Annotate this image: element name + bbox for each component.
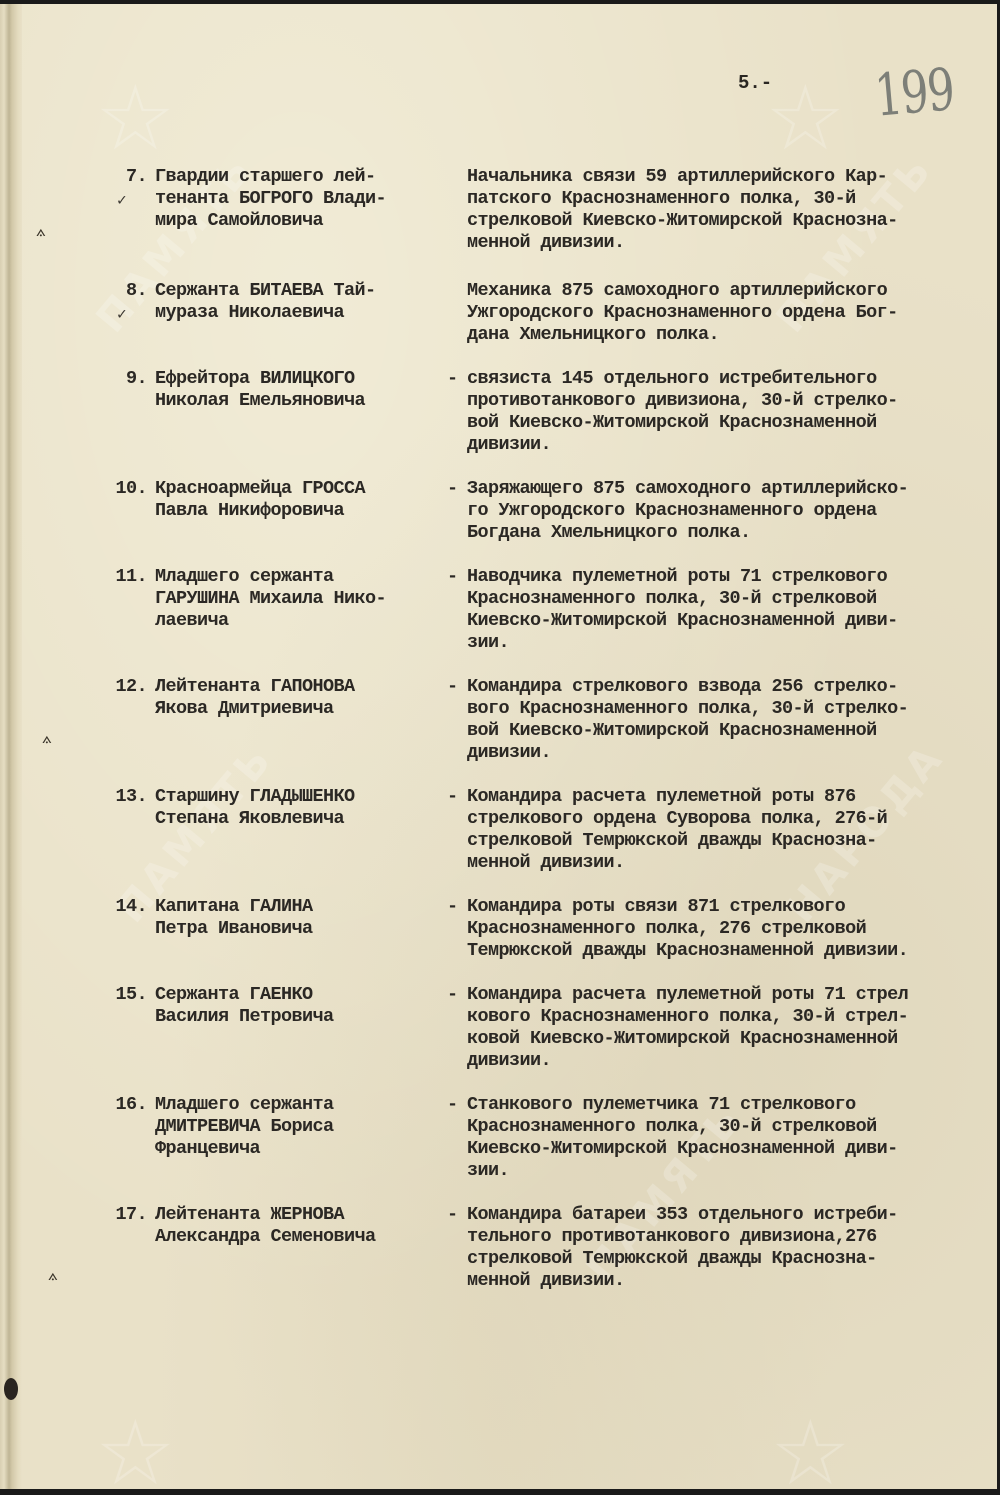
award-entry: 15. Сержанта ГАЕНКО Василия Петровича - … bbox=[95, 984, 995, 1072]
entry-person-name: Капитана ГАЛИНА Петра Ивановича bbox=[155, 896, 447, 940]
entry-description: Командира расчета пулеметной роты 71 стр… bbox=[467, 984, 997, 1072]
award-entry: 14. Капитана ГАЛИНА Петра Ивановича - Ко… bbox=[95, 896, 995, 962]
entry-number: 10. bbox=[95, 478, 155, 500]
entry-number: 11. bbox=[95, 566, 155, 588]
entry-dash: - bbox=[447, 896, 467, 918]
checkmark-icon: ✓ bbox=[117, 190, 126, 212]
paper-tear-mark: ⟑ bbox=[36, 224, 46, 240]
entry-number: 8. bbox=[95, 280, 155, 302]
entry-person-name: Младшего сержанта ГАРУШИНА Михаила Нико-… bbox=[155, 566, 447, 632]
award-entry: 17. Лейтенанта ЖЕРНОВА Александра Семено… bbox=[95, 1204, 995, 1292]
entry-description: Начальника связи 59 артиллерийского Кар-… bbox=[467, 166, 997, 254]
entry-number: 12. bbox=[95, 676, 155, 698]
entry-person-name: Ефрейтора ВИЛИЦКОГО Николая Емельяновича bbox=[155, 368, 447, 412]
entry-number: 17. bbox=[95, 1204, 155, 1226]
entry-number: 13. bbox=[95, 786, 155, 808]
award-entry: 9. Ефрейтора ВИЛИЦКОГО Николая Емельянов… bbox=[95, 368, 995, 456]
entry-number: 16. bbox=[95, 1094, 155, 1116]
paper-tear-mark: ⟑ bbox=[48, 1268, 58, 1284]
entry-description: Наводчика пулеметной роты 71 стрелкового… bbox=[467, 566, 997, 654]
award-entry: 13. Старшину ГЛАДЫШЕНКО Степана Яковлеви… bbox=[95, 786, 995, 874]
entry-person-name: Старшину ГЛАДЫШЕНКО Степана Яковлевича bbox=[155, 786, 447, 830]
award-entry: 16. Младшего сержанта ДМИТРЕВИЧА Бориса … bbox=[95, 1094, 995, 1182]
entry-person-name: Гвардии старшего лей- тенанта БОГРОГО Вл… bbox=[155, 166, 447, 232]
watermark-star-icon: ☆ bbox=[770, 1409, 851, 1495]
award-entry: ✓ 8. Сержанта БИТАЕВА Тай- мураза Никола… bbox=[95, 280, 995, 346]
entry-dash: - bbox=[447, 1094, 467, 1116]
entry-dash: - bbox=[447, 368, 467, 390]
punch-hole bbox=[4, 1378, 18, 1400]
entry-description: Командира стрелкового взвода 256 стрелко… bbox=[467, 676, 997, 764]
entry-dash: - bbox=[447, 478, 467, 500]
entry-dash: - bbox=[447, 676, 467, 698]
award-list: ✓ 7. Гвардии старшего лей- тенанта БОГРО… bbox=[95, 144, 995, 1292]
entry-number: 15. bbox=[95, 984, 155, 1006]
entry-person-name: Сержанта БИТАЕВА Тай- мураза Николаевича bbox=[155, 280, 447, 324]
entry-description: Командира батареи 353 отдельного истреби… bbox=[467, 1204, 997, 1292]
handwritten-sheet-number: 199 bbox=[872, 55, 956, 130]
entry-number: 14. bbox=[95, 896, 155, 918]
entry-dash: - bbox=[447, 984, 467, 1006]
award-entry: 11. Младшего сержанта ГАРУШИНА Михаила Н… bbox=[95, 566, 995, 654]
paper-tear-mark: ⟑ bbox=[42, 731, 52, 747]
entry-dash: - bbox=[447, 1204, 467, 1226]
entry-description: Командира роты связи 871 стрелкового Кра… bbox=[467, 896, 997, 962]
watermark-star-icon: ☆ bbox=[95, 1409, 176, 1495]
typed-page-number: 5.- bbox=[738, 72, 772, 94]
entry-person-name: Лейтенанта ГАПОНОВА Якова Дмитриевича bbox=[155, 676, 447, 720]
entry-number: 7. bbox=[95, 166, 155, 188]
entry-person-name: Сержанта ГАЕНКО Василия Петровича bbox=[155, 984, 447, 1028]
checkmark-icon: ✓ bbox=[117, 304, 126, 326]
entry-person-name: Лейтенанта ЖЕРНОВА Александра Семеновича bbox=[155, 1204, 447, 1248]
award-entry: 10. Красноармейца ГРОССА Павла Никифоров… bbox=[95, 478, 995, 544]
award-entry: 12. Лейтенанта ГАПОНОВА Якова Дмитриевич… bbox=[95, 676, 995, 764]
entry-dash: - bbox=[447, 786, 467, 808]
entry-description: Командира расчета пулеметной роты 876 ст… bbox=[467, 786, 997, 874]
document-sheet: ⟑ ⟑ ⟑ ☆ ☆ ☆ ☆ ПАМЯТЬ ПАМЯТЬ ПАМЯТЬ НАРОД… bbox=[0, 4, 997, 1489]
entry-description: Заряжающего 875 самоходного артиллерийск… bbox=[467, 478, 997, 544]
award-entry: ✓ 7. Гвардии старшего лей- тенанта БОГРО… bbox=[95, 166, 995, 254]
entry-description: связиста 145 отдельного истребительного … bbox=[467, 368, 997, 456]
entry-person-name: Красноармейца ГРОССА Павла Никифоровича bbox=[155, 478, 447, 522]
entry-dash: - bbox=[447, 566, 467, 588]
binding-edge bbox=[0, 4, 22, 1489]
entry-number: 9. bbox=[95, 368, 155, 390]
entry-person-name: Младшего сержанта ДМИТРЕВИЧА Бориса Фран… bbox=[155, 1094, 447, 1160]
entry-description: Станкового пулеметчика 71 стрелкового Кр… bbox=[467, 1094, 997, 1182]
entry-description: Механика 875 самоходного артиллерийского… bbox=[467, 280, 997, 346]
